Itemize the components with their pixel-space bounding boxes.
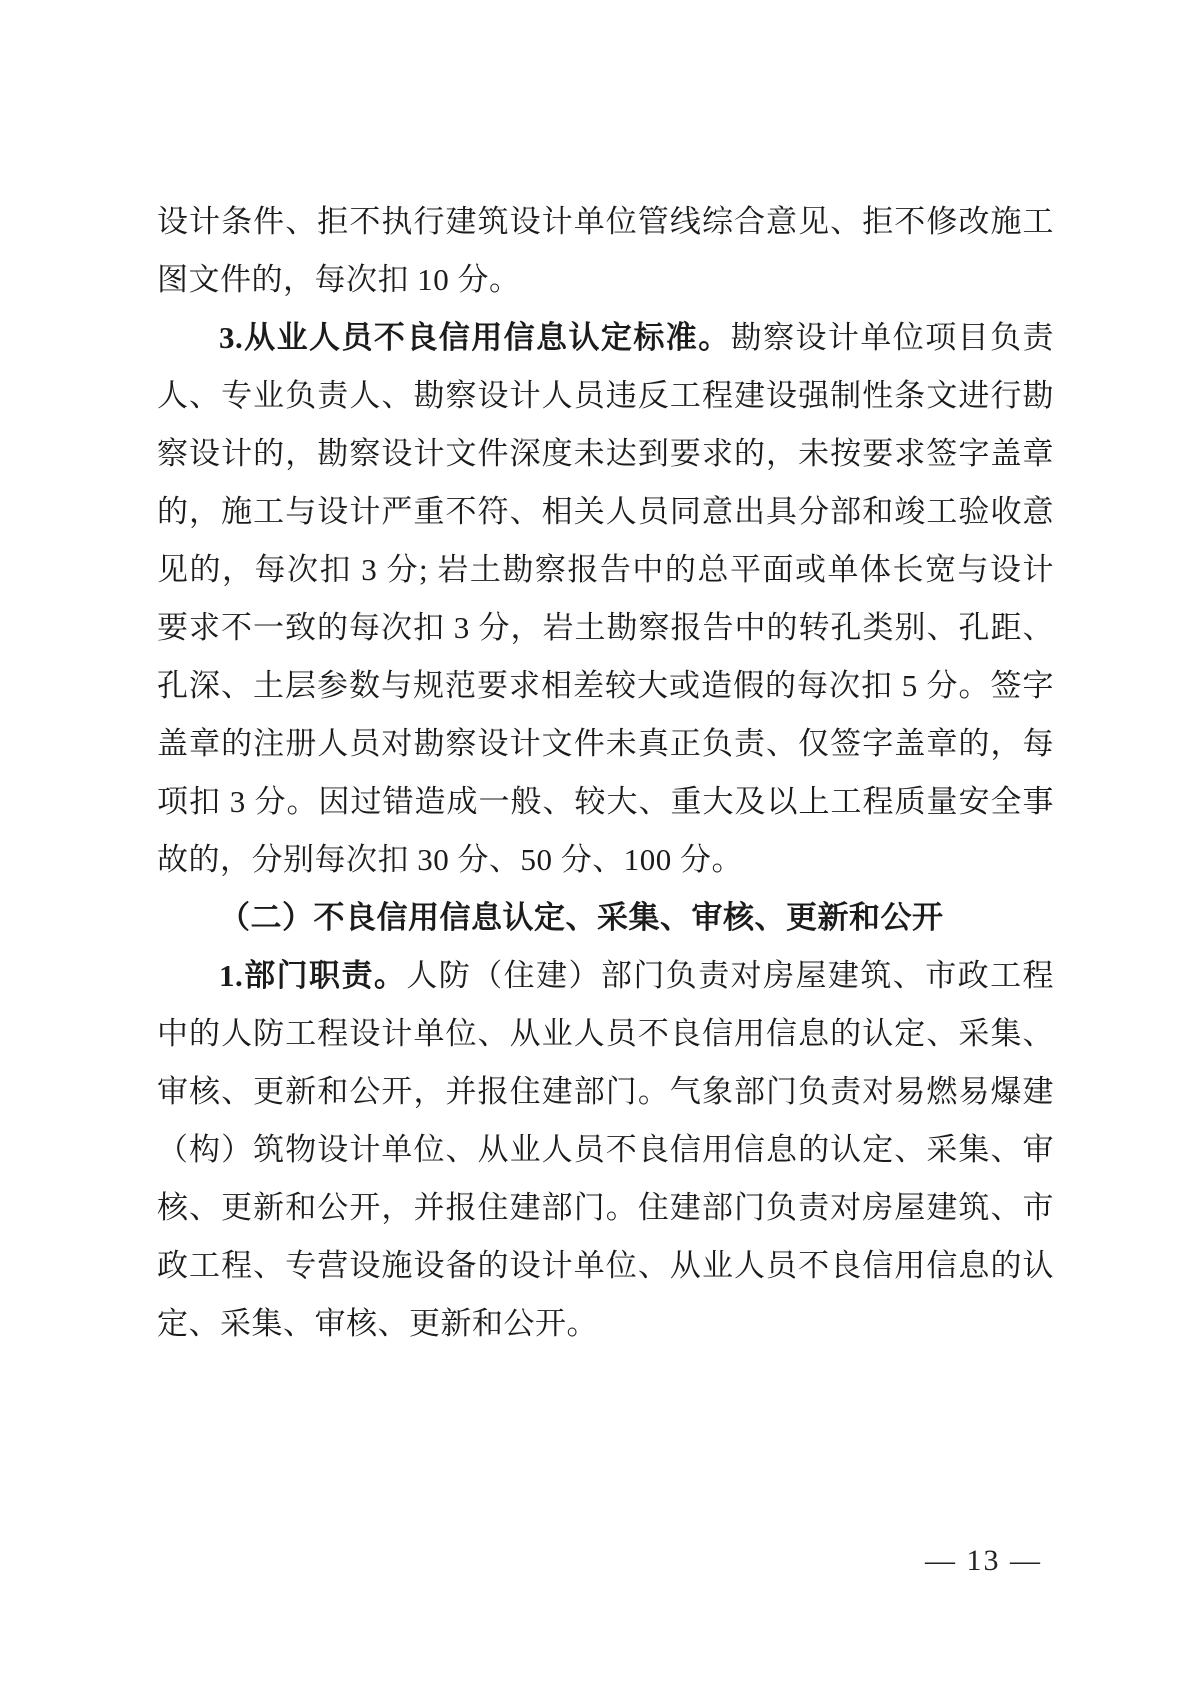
text-block: 设计条件、拒不执行建筑设计单位管线综合意见、拒不修改施工图文件的，每次扣 10 … xyxy=(157,193,1054,1353)
text-line: 1.部门职责。人防（住建）部门负责对房屋建筑、市政工程 xyxy=(157,947,1054,1005)
text-line: 项扣 3 分。因过错造成一般、较大、重大及以上工程质量安全事 xyxy=(157,773,1054,831)
text-line: 要求不一致的每次扣 3 分，岩土勘察报告中的转孔类别、孔距、 xyxy=(157,599,1054,657)
text-line: （构）筑物设计单位、从业人员不良信用信息的认定、采集、审 xyxy=(157,1121,1054,1179)
text-line: 中的人防工程设计单位、从业人员不良信用信息的认定、采集、 xyxy=(157,1005,1054,1063)
text-line: 故的，分别每次扣 30 分、50 分、100 分。 xyxy=(157,831,1054,889)
text-line: 政工程、专营设施设备的设计单位、从业人员不良信用信息的认 xyxy=(157,1237,1054,1295)
text-line: 图文件的，每次扣 10 分。 xyxy=(157,251,1054,309)
text-line: 察设计的，勘察设计文件深度未达到要求的，未按要求签字盖章 xyxy=(157,425,1054,483)
text-line: 定、采集、审核、更新和公开。 xyxy=(157,1295,1054,1353)
text-line: 孔深、土层参数与规范要求相差较大或造假的每次扣 5 分。签字 xyxy=(157,657,1054,715)
text-line: 审核、更新和公开，并报住建部门。气象部门负责对易燃易爆建 xyxy=(157,1063,1054,1121)
page-number: — 13 — xyxy=(925,1540,1042,1582)
text-line: 核、更新和公开，并报住建部门。住建部门负责对房屋建筑、市 xyxy=(157,1179,1054,1237)
text-line: 人、专业负责人、勘察设计人员违反工程建设强制性条文进行勘 xyxy=(157,367,1054,425)
text-line: 见的，每次扣 3 分; 岩土勘察报告中的总平面或单体长宽与设计 xyxy=(157,541,1054,599)
text-line: 3.从业人员不良信用信息认定标准。勘察设计单位项目负责 xyxy=(157,309,1054,367)
text-line: （二）不良信用信息认定、采集、审核、更新和公开 xyxy=(157,889,1054,947)
line-text: 勘察设计单位项目负责 xyxy=(731,320,1054,355)
text-line: 的，施工与设计严重不符、相关人员同意出具分部和竣工验收意 xyxy=(157,483,1054,541)
line-bold-prefix: 1.部门职责。 xyxy=(219,958,406,993)
text-line: 盖章的注册人员对勘察设计文件未真正负责、仅签字盖章的，每 xyxy=(157,715,1054,773)
document-page: 设计条件、拒不执行建筑设计单位管线综合意见、拒不修改施工图文件的，每次扣 10 … xyxy=(0,0,1200,1697)
line-bold-prefix: 3.从业人员不良信用信息认定标准。 xyxy=(219,320,731,355)
line-text: 人防（住建）部门负责对房屋建筑、市政工程 xyxy=(406,958,1054,993)
text-line: 设计条件、拒不执行建筑设计单位管线综合意见、拒不修改施工 xyxy=(157,193,1054,251)
